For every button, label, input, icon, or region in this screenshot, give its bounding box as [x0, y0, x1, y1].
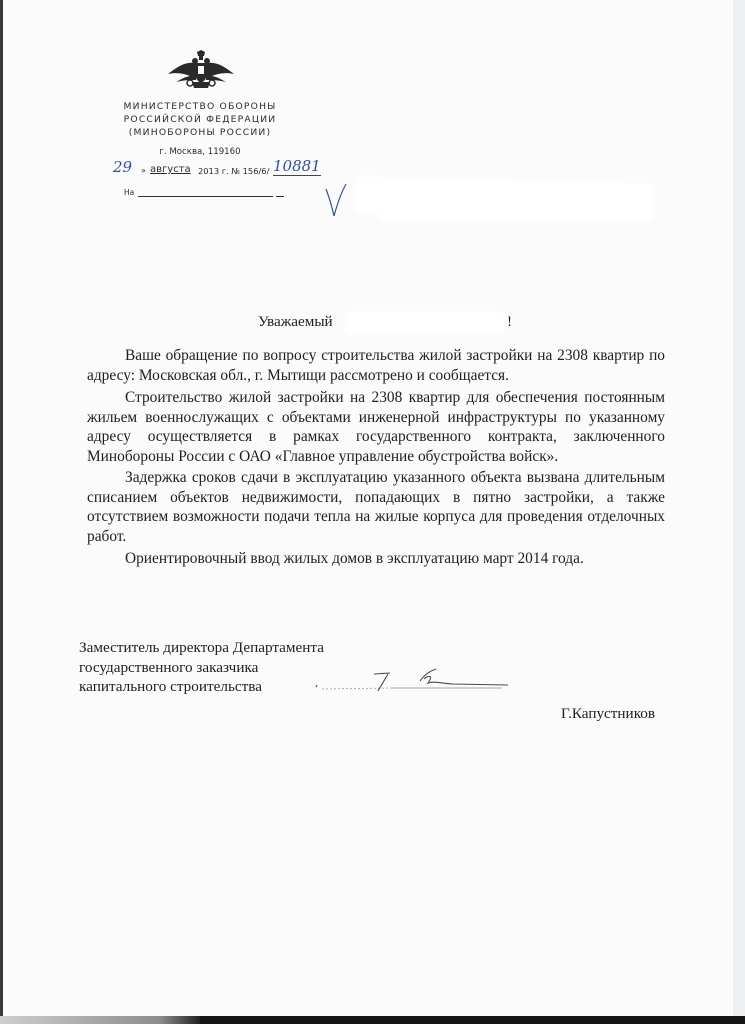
date-quote-mark: »	[141, 166, 146, 175]
ministry-letterhead: МИНИСТЕРСТВО ОБОРОНЫ РОССИЙСКОЙ ФЕДЕРАЦИ…	[100, 100, 300, 139]
double-headed-eagle-emblem-icon	[168, 50, 234, 90]
letter-body: Ваше обращение по вопросу строительства …	[87, 346, 665, 569]
letterhead-line-3: (МИНОБОРОНЫ РОССИИ)	[100, 126, 300, 139]
body-paragraph-2: Строительство жилой застройки на 2308 кв…	[87, 388, 665, 466]
signatory-title-line-1: Заместитель директора Департамента	[79, 638, 324, 658]
signatory-name: Г.Капустников	[561, 705, 655, 723]
signatory-title: Заместитель директора Департамента госуд…	[79, 638, 324, 697]
salutation: Уважаемый	[258, 313, 333, 331]
date-month: августа	[150, 164, 191, 175]
body-paragraph-1: Ваше обращение по вопросу строительства …	[87, 346, 665, 385]
signatory-title-line-3: капитального строительства	[79, 677, 324, 697]
handwritten-signature-icon	[312, 665, 512, 695]
handwritten-check-mark-icon	[325, 183, 347, 217]
date-year-and-reference-prefix: 2013 г. № 156/6/	[198, 166, 269, 176]
body-paragraph-4: Ориентировочный ввод жилых домов в экспл…	[87, 549, 665, 569]
letterhead-line-1: МИНИСТЕРСТВО ОБОРОНЫ	[100, 100, 300, 113]
signatory-title-line-2: государственного заказчика	[79, 658, 324, 678]
salutation-exclamation: !	[507, 313, 512, 331]
letterhead-city: г. Москва, 119160	[100, 147, 300, 157]
body-paragraph-3: Задержка сроков сдачи в эксплуатацию ука…	[87, 468, 665, 546]
scan-bottom-edge-fade	[0, 1016, 200, 1024]
scan-right-edge	[733, 0, 745, 1016]
letterhead-line-2: РОССИЙСКОЙ ФЕДЕРАЦИИ	[100, 113, 300, 126]
in-reply-to-blank-line	[138, 196, 273, 197]
handwritten-day: 29	[113, 158, 132, 176]
in-reply-to-label: На	[124, 188, 134, 197]
redacted-addressee-name	[345, 312, 505, 334]
in-reply-to-blank-line-short	[276, 196, 284, 197]
handwritten-reference-number: 10881	[273, 158, 321, 176]
redacted-recipient-block-2	[380, 205, 580, 223]
